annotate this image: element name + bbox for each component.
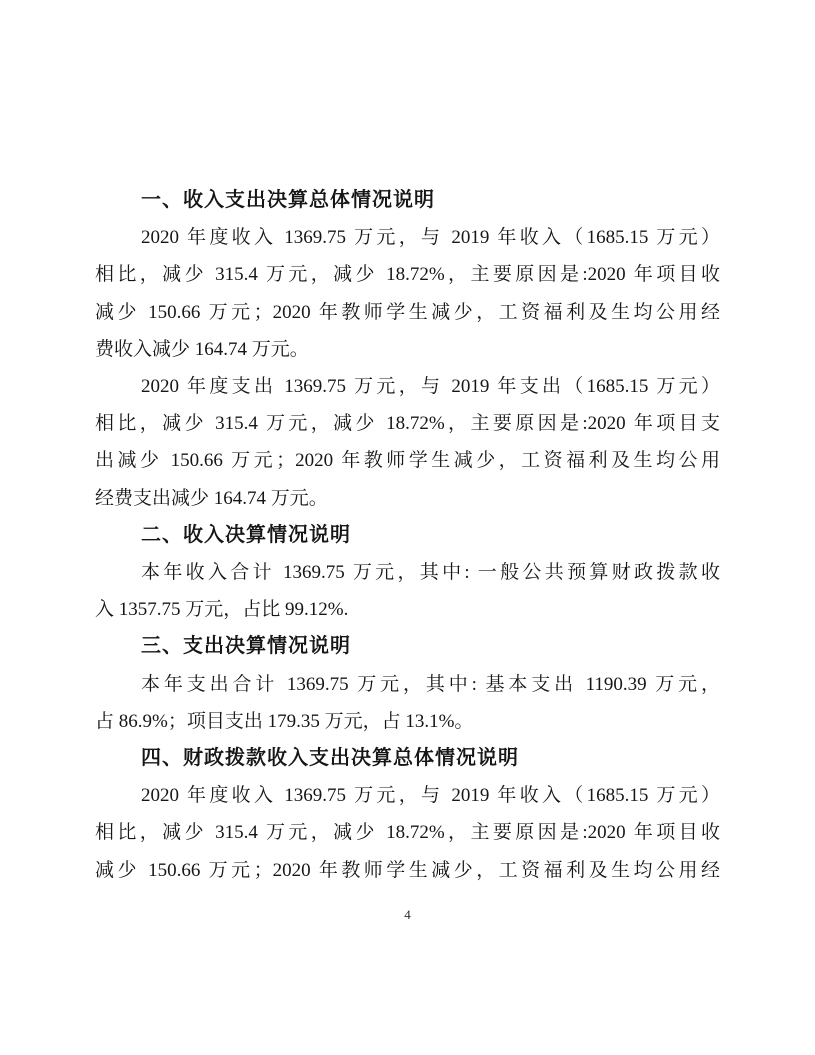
paragraph-line: 2020 年度收入 1369.75 万元，与 2019 年收入（1685.15 …: [95, 219, 720, 256]
page-number: 4: [0, 906, 815, 924]
paragraph-line: 相比，减少 315.4 万元，减少 18.72%，主要原因是:2020 年项目收: [95, 814, 720, 851]
paragraph-line: 相比，减少 315.4 万元，减少 18.72%，主要原因是:2020 年项目收: [95, 256, 720, 293]
paragraph-line: 2020 年度支出 1369.75 万元，与 2019 年支出（1685.15 …: [95, 368, 720, 405]
section-heading-3: 三、支出决算情况说明: [95, 628, 720, 665]
section-heading-2: 二、收入决算情况说明: [95, 517, 720, 554]
paragraph-line: 相比，减少 315.4 万元，减少 18.72%，主要原因是:2020 年项目支: [95, 405, 720, 442]
paragraph-line: 本年支出合计 1369.75 万元，其中: 基本支出 1190.39 万元，: [95, 666, 720, 703]
paragraph-line: 入 1357.75 万元，占比 99.12%.: [95, 591, 720, 628]
paragraph-line: 2020 年度收入 1369.75 万元，与 2019 年收入（1685.15 …: [95, 777, 720, 814]
paragraph-line: 出减少 150.66 万元；2020 年教师学生减少，工资福利及生均公用: [95, 442, 720, 479]
paragraph-line: 减少 150.66 万元；2020 年教师学生减少，工资福利及生均公用经: [95, 294, 720, 331]
document-page: 一、收入支出决算总体情况说明 2020 年度收入 1369.75 万元，与 20…: [0, 0, 815, 1055]
paragraph-line: 减少 150.66 万元；2020 年教师学生减少，工资福利及生均公用经: [95, 852, 720, 889]
paragraph-line: 本年收入合计 1369.75 万元，其中: 一般公共预算财政拨款收: [95, 554, 720, 591]
section-heading-4: 四、财政拨款收入支出决算总体情况说明: [95, 740, 720, 777]
paragraph-line: 经费支出减少 164.74 万元。: [95, 480, 720, 517]
paragraph-line: 费收入减少 164.74 万元。: [95, 331, 720, 368]
paragraph-line: 占 86.9%；项目支出 179.35 万元，占 13.1%。: [95, 703, 720, 740]
document-content: 一、收入支出决算总体情况说明 2020 年度收入 1369.75 万元，与 20…: [95, 182, 720, 889]
section-heading-1: 一、收入支出决算总体情况说明: [95, 182, 720, 219]
